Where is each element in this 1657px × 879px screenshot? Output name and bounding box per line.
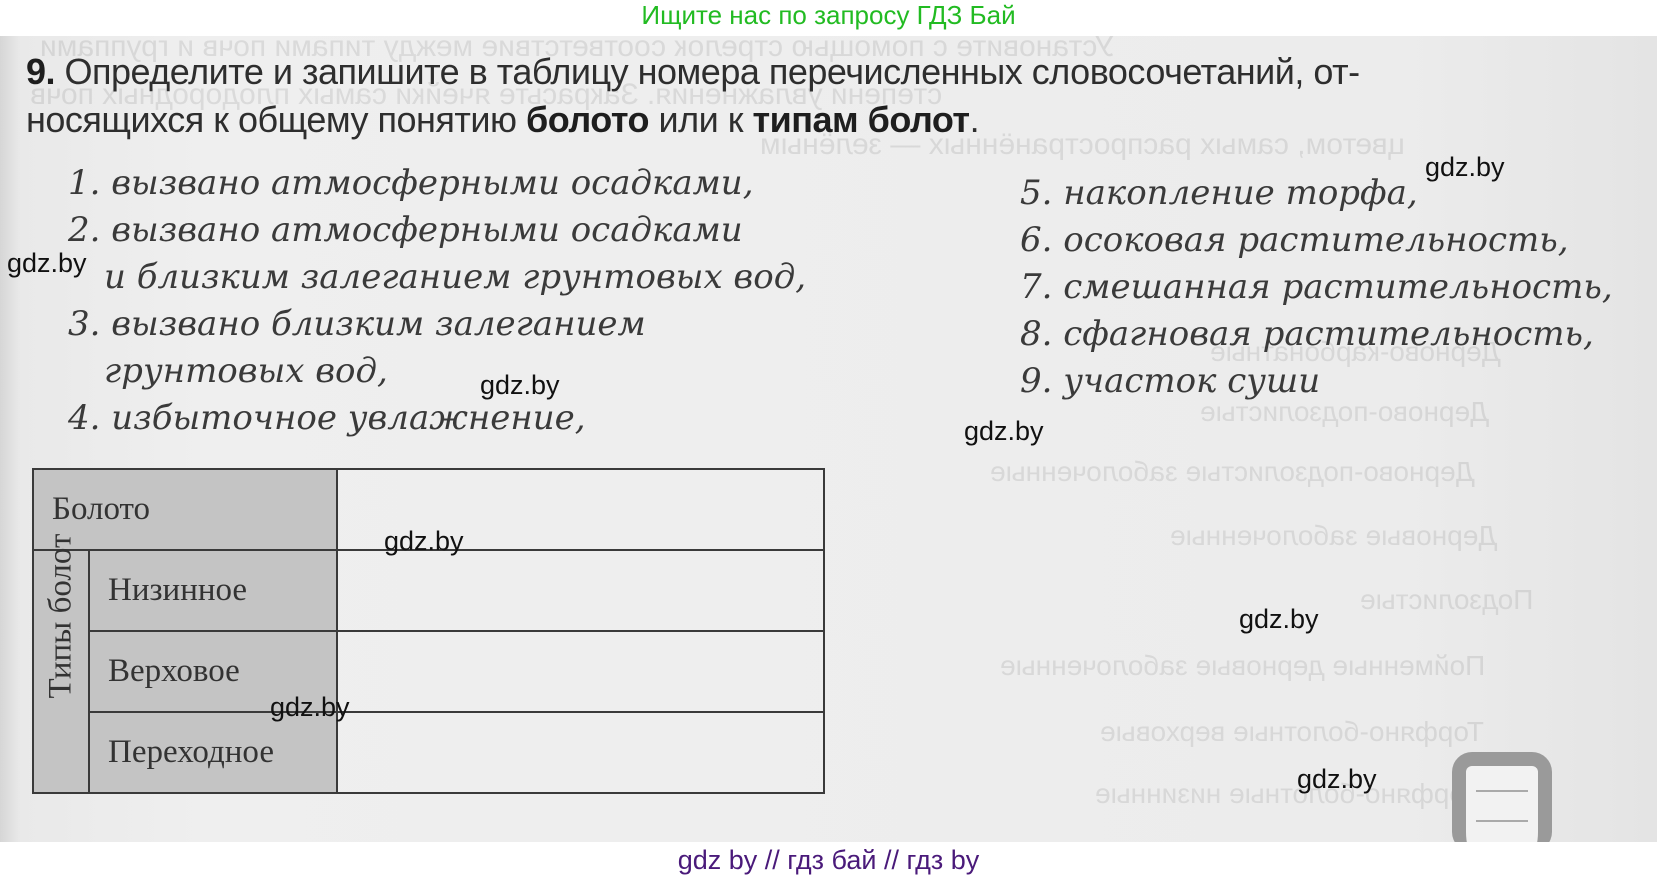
list-item-continuation: грунтовых вод,: [68, 348, 806, 395]
bleed-through-text: Торфяно-болотные низинные: [1095, 778, 1480, 810]
notebook-icon: [1452, 752, 1552, 842]
list-item: 6. осоковая растительность,: [1020, 217, 1613, 264]
task-number: 9.: [26, 51, 55, 92]
answer-cell-upland[interactable]: [337, 631, 824, 712]
watermark: gdz.by: [1297, 764, 1377, 795]
list-item: 5. накопление торфа,: [1020, 170, 1613, 217]
answer-cell-lowland[interactable]: [337, 550, 824, 631]
table-row: Переходное: [33, 712, 824, 793]
row-label-lowland: Низинное: [89, 550, 337, 631]
textbook-page: Установите с помощью стрелок соответстви…: [0, 36, 1657, 842]
answer-cell-transitional[interactable]: [337, 712, 824, 793]
task-statement: 9. Определите и запишите в таблицу номер…: [26, 48, 1626, 144]
watermark: gdz.by: [480, 370, 560, 401]
answer-table: Болото Типы болот Низинное Верховое Пере…: [32, 468, 825, 794]
list-item: 3. вызвано близким залеганием: [68, 301, 806, 348]
keyword-bog: болото: [526, 99, 649, 140]
bleed-through-text: Торфяно-болотные верховые: [1100, 716, 1484, 748]
group-label-cell: Типы болот: [33, 550, 89, 793]
table-row: Типы болот Низинное: [33, 550, 824, 631]
footer-links: gdz by // гдз бай // гдз by: [0, 842, 1657, 878]
search-banner: Ищите нас по запросу ГДЗ Бай: [0, 0, 1657, 36]
phrase-list-right: 5. накопление торфа, 6. осоковая растите…: [1020, 170, 1613, 405]
list-item-continuation: и близким залеганием грунтовых вод,: [68, 254, 806, 301]
bleed-through-text: Пойменные дерновые заболоченные: [1000, 650, 1485, 682]
bleed-through-text: Подзолистые: [1360, 584, 1533, 616]
watermark: gdz.by: [7, 248, 87, 279]
group-label-bog-types: Типы болот: [43, 645, 80, 699]
list-item: 2. вызвано атмосферными осадками: [68, 207, 806, 254]
row-label-bog: Болото: [33, 469, 337, 550]
bleed-through-text: Дерново-подзолистые заболоченные: [990, 456, 1475, 488]
watermark: gdz.by: [1425, 152, 1505, 183]
watermark: gdz.by: [270, 692, 350, 723]
watermark: gdz.by: [964, 416, 1044, 447]
phrase-list-left: 1. вызвано атмосферными осадками, 2. выз…: [68, 160, 806, 442]
table-row: Верховое: [33, 631, 824, 712]
list-item: 9. участок суши: [1020, 358, 1613, 405]
list-item: 7. смешанная растительность,: [1020, 264, 1613, 311]
list-item: 8. сфагновая растительность,: [1020, 311, 1613, 358]
keyword-bog-types: типам болот: [752, 99, 969, 140]
watermark: gdz.by: [384, 526, 464, 557]
bleed-through-text: Дерновые заболоченные: [1170, 520, 1497, 552]
row-label-transitional: Переходное: [89, 712, 337, 793]
list-item: 1. вызвано атмосферными осадками,: [68, 160, 806, 207]
watermark: gdz.by: [1239, 604, 1319, 635]
list-item: 4. избыточное увлажнение,: [68, 395, 806, 442]
